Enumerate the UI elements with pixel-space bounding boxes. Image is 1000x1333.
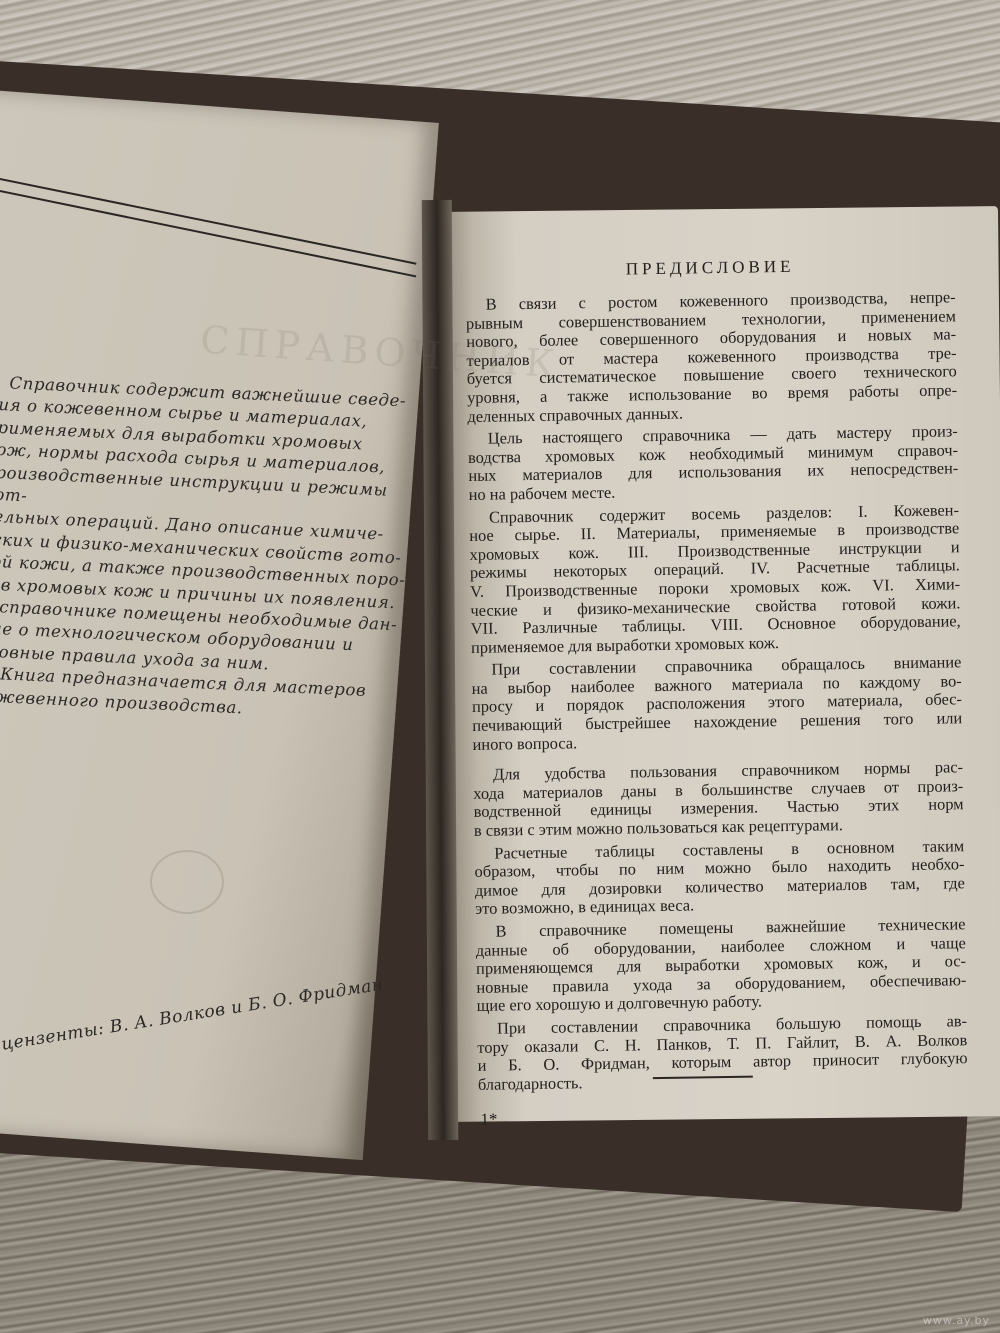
paragraph: При составлении справочника большую помо… <box>477 1012 968 1094</box>
preface-section: ПРЕДИСЛОВИЕ В связи с ростом кожевенного… <box>465 254 969 1130</box>
paragraph: Для удобства пользования справочником но… <box>473 758 964 840</box>
annotation-text: Справочник содержит важнейшие сведе- ия … <box>0 372 420 727</box>
paragraph: Цель настоящего справочника — дать масте… <box>468 422 959 504</box>
paragraph: При составлении справочника обращалось в… <box>471 654 962 755</box>
paragraph: Справочник содержит восемь разделов: I. … <box>469 501 961 657</box>
bleed-through-emblem <box>150 850 224 914</box>
paragraph: В связи с ростом кожевенного производств… <box>466 288 958 426</box>
watermark: www.ay.by <box>923 1314 990 1327</box>
paragraph: В справочнике помещены важнейшие техниче… <box>475 915 966 1016</box>
paragraph: Расчетные таблицы составлены в основном … <box>474 837 965 919</box>
